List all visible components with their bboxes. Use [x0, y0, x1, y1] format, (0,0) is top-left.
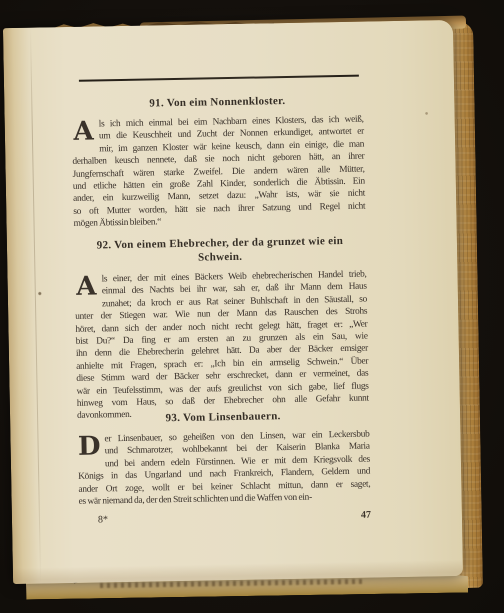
section-heading-92: 92. Von einem Ehebrecher, der da grunzet… — [74, 234, 366, 267]
book-page: 91. Von eim Nonnenkloster. A ls ich mich… — [3, 20, 463, 584]
book-photo: 91. Von eim Nonnenkloster. A ls ich mich… — [0, 0, 504, 613]
printed-content: 91. Von eim Nonnenkloster. A ls ich mich… — [70, 22, 372, 583]
story-section-91: 91. Von eim Nonnenkloster. A ls ich mich… — [71, 93, 365, 231]
paragraph-lines-93: er Linsenbauer, so geheißen von den Lins… — [77, 429, 370, 509]
story-paragraph-91: A ls ich mich einmal bei eim Nachbarn ei… — [72, 114, 366, 231]
story-paragraph-93: D er Linsenbauer, so geheißen von den Li… — [77, 429, 370, 509]
page-gutter-crease — [30, 28, 41, 584]
section-heading-91: 91. Von eim Nonnenkloster. — [71, 93, 363, 112]
drop-cap-initial-91: A — [72, 120, 95, 145]
page-number: 47 — [361, 510, 371, 521]
signature-mark: 8* — [79, 514, 108, 526]
section-divider-rule — [79, 75, 359, 82]
story-section-92: 92. Von einem Ehebrecher, der da grunzet… — [74, 234, 369, 423]
drop-cap-initial-93: D — [77, 434, 100, 459]
story-paragraph-92: A ls einer, der mit eines Bäckers Weib e… — [74, 269, 369, 423]
paragraph-lines-91: ls ich mich einmal bei eim Nachbarn eine… — [72, 114, 366, 231]
drop-cap-initial-92: A — [74, 274, 97, 299]
story-section-93: 93. Vom Linsenbauern. D er Linsenbauer, … — [77, 408, 371, 509]
page-footer: 8* 47 — [79, 510, 371, 526]
paragraph-lines-92: ls einer, der mit eines Bäckers Weib ehe… — [74, 269, 369, 423]
